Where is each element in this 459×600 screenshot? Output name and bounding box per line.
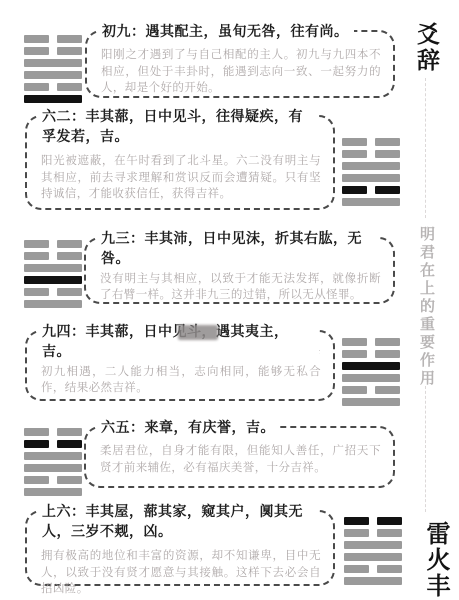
hexagram-line-yin [24,35,82,43]
hexagram-line-yang [344,541,402,549]
textbox-shangliu: 上六：丰其屋，蔀其家，窥其户，阒其无人，三岁不觌，凶。 拥有极高的地位和丰富的资… [25,510,335,586]
hexagram-line-yin [24,288,82,296]
hexagram-line-yin [344,529,402,537]
line-title-liuwu: 六五：来章，有庆誉，吉。 [96,417,280,437]
textbox-jiusan: 九三：丰其沛，日中见沫，折其右肱，无咎。 阳光被遮蔽，在午时看到了小星星。九三阳… [84,237,395,304]
hexagram-line-yang [24,452,82,460]
hexagram-liuwu [24,428,82,500]
hexagram-line-yang [342,198,400,206]
hexagram-line-yang [342,162,400,170]
hexagram-line-yang [344,577,402,585]
hexagram-line-yin-active [342,186,400,194]
smudge-artifact [178,325,218,340]
hexagram-line-yang [24,464,82,472]
hexagram-line-yang [24,71,82,79]
hexagram-line-yin [24,476,82,484]
hexagram-line-yin [342,150,400,158]
hexagram-line-yang-active [342,362,400,370]
hexagram-line-yang [24,59,82,67]
textbox-liuer: 六二：丰其蔀，日中见斗，往得疑疾，有孚发若，吉。 阳光被遮蔽，在午时看到了北斗星… [25,115,335,210]
hexagram-line-yin [342,338,400,346]
hexagram-line-yin [24,240,82,248]
hexagram-jiusi [342,338,400,410]
line-title-liuer: 六二：丰其蔀，日中见斗，往得疑疾，有孚发若，吉。 [37,106,319,146]
hexagram-line-yang [342,398,400,406]
hexagram-line-yin [344,565,402,573]
hexagram-line-yang-active [24,276,82,284]
line-body-chujiu: 阳刚之才遇到了与自己相配的主人。初九与九四本不相应，但处于丰卦时，能遇到志向一致… [87,32,393,97]
hexagram-shangliu [344,517,402,589]
textbox-chujiu: 初九：遇其配主，虽旬无咎，往有尚。 阳刚之才遇到了与自己相配的主人。初九与九四本… [85,30,395,98]
hexagram-chujiu [24,35,82,107]
line-title-jiusan: 九三：丰其沛，日中见沫，折其右肱，无咎。 [96,228,378,268]
hexagram-line-yang [342,174,400,182]
hexagram-line-yin [342,138,400,146]
hexagram-line-yin [24,47,82,55]
line-title-chujiu: 初九：遇其配主，虽旬无咎，往有尚。 [97,21,354,41]
dashed-connector-bottom [425,386,426,512]
hexagram-jiusan [24,240,82,312]
hexagram-line-yin [342,386,400,394]
sidebar-label-yaoci: 爻辞 [411,22,444,74]
hexagram-line-yin-active [24,440,82,448]
hexagram-line-yang-active [24,95,82,103]
dashed-connector-top [425,78,426,218]
hexagram-line-yin [24,252,82,260]
line-title-shangliu: 上六：丰其屋，蔀其家，窥其户，阒其无人，三岁不觌，凶。 [37,501,319,541]
book-page: 初九：遇其配主，虽旬无咎，往有尚。 阳刚之才遇到了与自己相配的主人。初九与九四本… [0,0,459,600]
hexagram-line-yang [342,374,400,382]
hexagram-line-yin [24,428,82,436]
hexagram-line-yin [342,350,400,358]
hexagram-line-yin-active [344,517,402,525]
hexagram-line-yang [344,553,402,561]
textbox-liuwu: 六五：来章，有庆誉，吉。 柔居君位，自身才能有限，但能知人善任，广招天下贤才前来… [84,426,395,488]
hexagram-line-yin [24,83,82,91]
hexagram-liuer [342,138,400,210]
sidebar-label-hexagram-name: 雷火丰 [418,521,453,599]
hexagram-line-yang [24,300,82,308]
hexagram-line-yang [24,488,82,496]
textbox-jiusi: 九四：丰其蔀，日中见斗，遇其夷主，吉。 阳光被遮蔽，在午时看到了北斗星。九四在黑… [25,330,335,401]
hexagram-line-yang [24,264,82,272]
sidebar-label-theme: 明君在上的重要作用 [416,226,437,388]
